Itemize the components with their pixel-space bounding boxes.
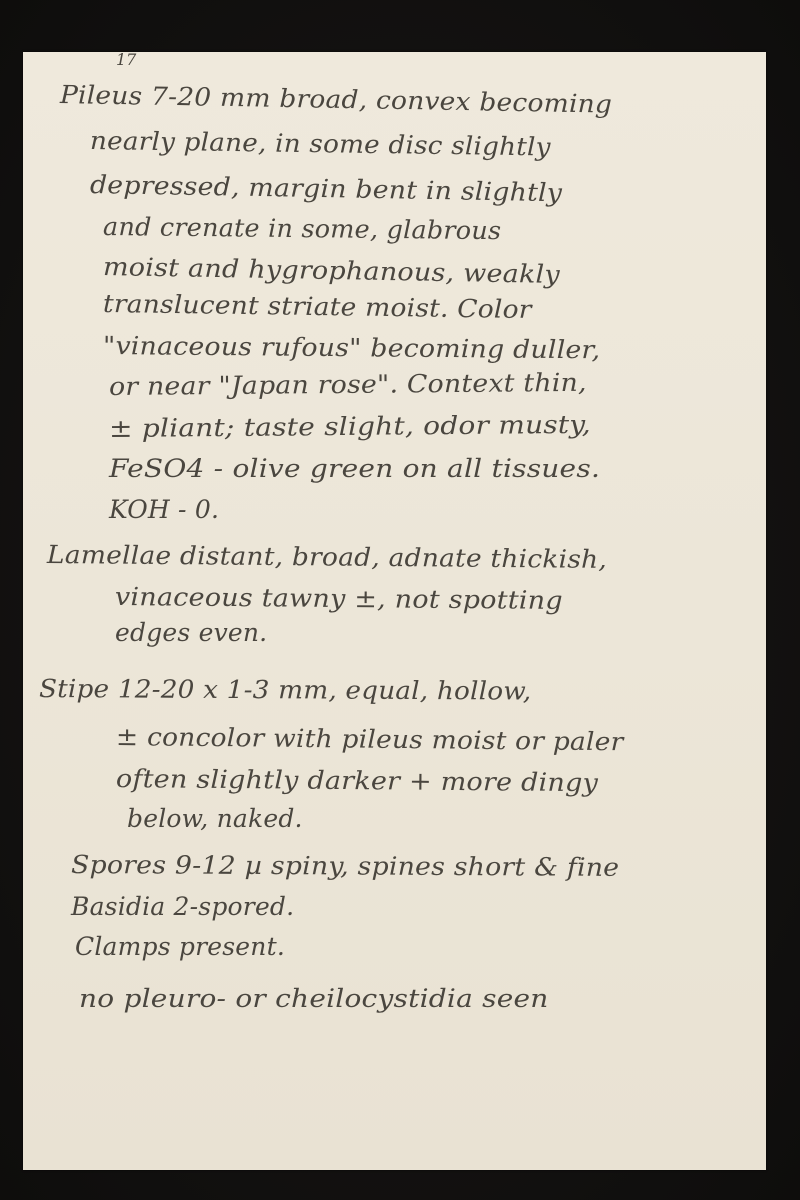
- pileus-line-4: and crenate in some, glabrous: [103, 212, 502, 245]
- pileus-line-2: nearly plane, in some disc slightly: [90, 126, 551, 161]
- pileus-line-5: moist and hygrophanous, weakly: [103, 252, 560, 289]
- pileus-line-9: ± pliant; taste slight, odor musty,: [109, 410, 591, 443]
- lamellae-line-1: Lamellae distant, broad, adnate thickish…: [47, 540, 607, 574]
- lamellae-line-3: edges even.: [115, 618, 267, 647]
- pileus-line-6: translucent striate moist. Color: [103, 289, 532, 324]
- pileus-line-8: or near "Japan rose". Context thin,: [109, 368, 587, 401]
- pileus-line-3: depressed, margin bent in slightly: [90, 170, 563, 207]
- pileus-line-11: KOH - 0.: [109, 495, 219, 524]
- stipe-line-1: Stipe 12-20 x 1-3 mm, equal, hollow,: [39, 674, 532, 706]
- lamellae-line-2: vinaceous tawny ±, not spotting: [115, 582, 563, 615]
- stipe-line-2: ± concolor with pileus moist or paler: [116, 722, 624, 756]
- pileus-line-7: "vinaceous rufous" becoming duller,: [103, 331, 600, 364]
- pileus-superscript-correction: 17: [116, 50, 136, 69]
- pileus-line-1: Pileus 7-20 mm broad, convex becoming: [60, 80, 613, 119]
- basidia-line: Basidia 2-spored.: [71, 892, 294, 921]
- clamps-line: Clamps present.: [75, 932, 285, 961]
- specimen-card: 17 Pileus 7-20 mm broad, convex becoming…: [23, 52, 766, 1170]
- spores-line: Spores 9-12 µ spiny, spines short & fine: [71, 850, 619, 882]
- stipe-line-3: often slightly darker + more dingy: [116, 764, 598, 797]
- cystidia-line: no pleuro- or cheilocystidia seen: [79, 984, 549, 1013]
- pileus-line-10: FeSO4 - olive green on all tissues.: [109, 454, 600, 483]
- stipe-line-4: below, naked.: [127, 804, 303, 833]
